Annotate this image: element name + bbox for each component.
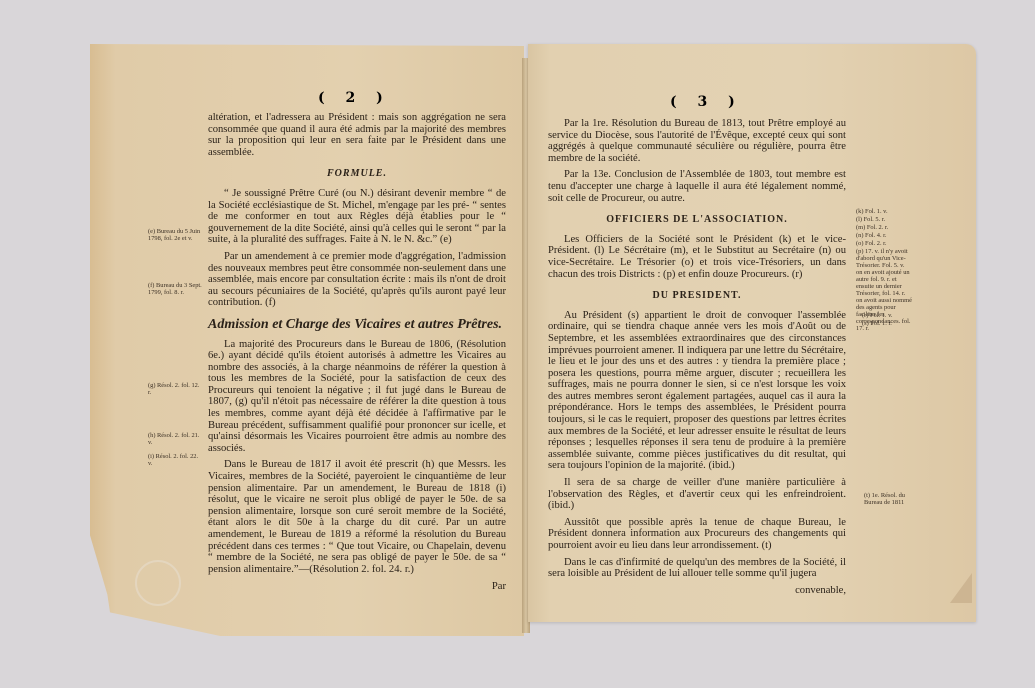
- folded-corner: [950, 573, 972, 603]
- section-heading: OFFICIERS DE L'ASSOCIATION.: [548, 214, 846, 226]
- paragraph: Dans le Bureau de 1817 il avoit été pres…: [208, 459, 506, 575]
- catchword: Par: [208, 581, 506, 593]
- paragraph: altération, et l'adressera au Président …: [208, 112, 506, 158]
- margin-note: (s) Fol. 1. r.: [862, 320, 912, 327]
- margin-note: (f) Bureau du 3 Sept. 1799, fol. 8. r.: [148, 282, 203, 296]
- margin-note: (l) Fol. 5. r.: [856, 216, 912, 223]
- paragraph: “ Je soussigné Prêtre Curé (ou N.) désir…: [208, 188, 506, 246]
- section-heading: DU PRESIDENT.: [548, 290, 846, 302]
- margin-note: (g) Résol. 2. fol. 12. r.: [148, 382, 203, 396]
- margin-note: (o) Fol. 2. r.: [856, 240, 912, 247]
- paragraph: Il sera de sa charge de veiller d'une ma…: [548, 477, 846, 512]
- right-page-body: Par la 1re. Résolution du Bureau de 1813…: [548, 118, 846, 596]
- page-number-left: ( 2 ): [318, 90, 391, 106]
- margin-note: (r) Fol. 1. v.: [862, 312, 912, 319]
- section-heading: FORMULE.: [208, 168, 506, 180]
- paragraph: Par un amendement à ce premier mode d'ag…: [208, 251, 506, 309]
- margin-note: (h) Résol. 2. fol. 21. v.: [148, 432, 203, 446]
- library-stamp: [135, 560, 181, 606]
- paragraph: Par la 13e. Conclusion de l'Assemblée de…: [548, 169, 846, 204]
- paragraph: Au Président (s) appartient le droit de …: [548, 310, 846, 472]
- paragraph: Aussitôt que possible après la tenue de …: [548, 517, 846, 552]
- paragraph: Les Officiers de la Société sont le Prés…: [548, 234, 846, 280]
- margin-note: (e) Bureau du 5 Juin 1798, fol. 2e et v.: [148, 228, 203, 242]
- margin-note: (m) Fol. 2. r.: [856, 224, 912, 231]
- section-heading: Admission et Charge des Vicaires et autr…: [208, 319, 506, 331]
- margin-note: (i) Résol. 2. fol. 22. v.: [148, 453, 203, 467]
- margin-note: (k) Fol. 1. v.: [856, 208, 912, 215]
- paragraph: La majorité des Procureurs dans le Burea…: [208, 339, 506, 455]
- margin-note: (n) Fol. 4. r.: [856, 232, 912, 239]
- left-page-body: altération, et l'adressera au Président …: [208, 112, 506, 593]
- paragraph: Par la 1re. Résolution du Bureau de 1813…: [548, 118, 846, 164]
- catchword: convenable,: [548, 585, 846, 597]
- margin-note: (t) 1e. Résol. du Bureau de 1811: [864, 492, 920, 506]
- page-number-right: ( 3 ): [670, 94, 743, 110]
- paragraph: Dans le cas d'infirmité de quelqu'un des…: [548, 557, 846, 580]
